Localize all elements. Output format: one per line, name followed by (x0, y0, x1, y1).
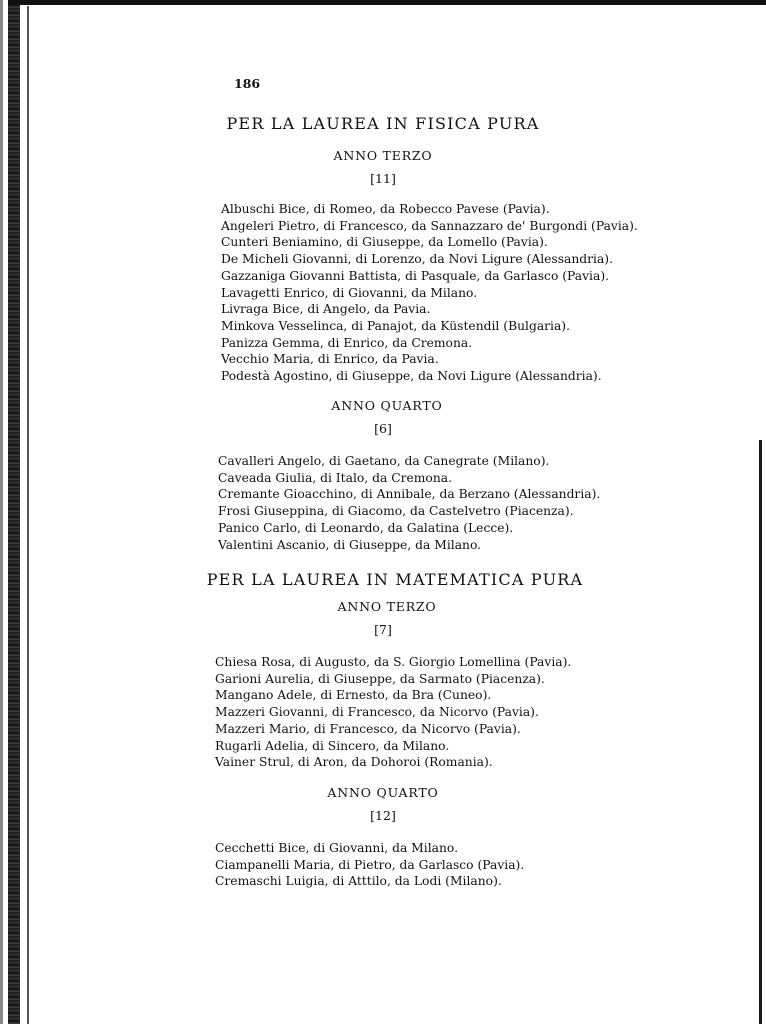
list-item: Vecchio Maria, di Enrico, da Pavia. (221, 351, 638, 368)
list-item: De Micheli Giovanni, di Lorenzo, da Novi… (221, 251, 638, 268)
year-title-matematica-terzo: ANNO TERZO (0, 599, 766, 614)
section-title-matematica: PER LA LAUREA IN MATEMATICA PURA (0, 570, 766, 589)
list-item: Caveada Giulia, di Italo, da Cremona. (218, 470, 600, 487)
count-fisica-quarto: [6] (0, 421, 766, 436)
list-item: Panico Carlo, di Leonardo, da Galatina (… (218, 520, 600, 537)
count-matematica-quarto: [12] (0, 808, 766, 823)
page-number: 186 (234, 76, 260, 91)
count-matematica-terzo: [7] (0, 622, 766, 637)
list-item: Angeleri Pietro, di Francesco, da Sannaz… (221, 218, 638, 235)
list-item: Cunteri Beniamino, di Giuseppe, da Lomel… (221, 234, 638, 251)
list-item: Ciampanelli Maria, di Pietro, da Garlasc… (215, 857, 524, 874)
count-fisica-terzo: [11] (0, 171, 766, 186)
list-item: Cecchetti Bice, di Giovanni, da Milano. (215, 840, 524, 857)
list-item: Cremante Gioacchino, di Annibale, da Ber… (218, 486, 600, 503)
list-item: Cremaschi Luigia, di Atttilo, da Lodi (M… (215, 873, 524, 890)
list-item: Mazzeri Mario, di Francesco, da Nicorvo … (215, 721, 571, 738)
list-item: Vainer Strul, di Aron, da Dohoroi (Roman… (215, 754, 571, 771)
list-item: Podestà Agostino, di Giuseppe, da Novi L… (221, 368, 638, 385)
section-title-fisica: PER LA LAUREA IN FISICA PURA (0, 114, 766, 133)
student-list-matematica-terzo: Chiesa Rosa, di Augusto, da S. Giorgio L… (215, 654, 571, 771)
scan-top-border (8, 0, 766, 5)
list-item: Mangano Adele, di Ernesto, da Bra (Cuneo… (215, 687, 571, 704)
list-item: Gazzaniga Giovanni Battista, di Pasquale… (221, 268, 638, 285)
list-item: Frosi Giuseppina, di Giacomo, da Castelv… (218, 503, 600, 520)
year-title-fisica-terzo: ANNO TERZO (0, 148, 766, 163)
year-title-fisica-quarto: ANNO QUARTO (0, 398, 766, 413)
list-item: Panizza Gemma, di Enrico, da Cremona. (221, 335, 638, 352)
list-item: Albuschi Bice, di Romeo, da Robecco Pave… (221, 201, 638, 218)
student-list-matematica-quarto: Cecchetti Bice, di Giovanni, da Milano. … (215, 840, 524, 890)
list-item: Mazzeri Giovanni, di Francesco, da Nicor… (215, 704, 571, 721)
list-item: Lavagetti Enrico, di Giovanni, da Milano… (221, 285, 638, 302)
list-item: Valentini Ascanio, di Giuseppe, da Milan… (218, 537, 600, 554)
student-list-fisica-quarto: Cavalleri Angelo, di Gaetano, da Canegra… (218, 453, 600, 553)
scan-right-edge (759, 440, 762, 1024)
list-item: Livraga Bice, di Angelo, da Pavia. (221, 301, 638, 318)
year-title-matematica-quarto: ANNO QUARTO (0, 785, 766, 800)
list-item: Chiesa Rosa, di Augusto, da S. Giorgio L… (215, 654, 571, 671)
list-item: Garioni Aurelia, di Giuseppe, da Sarmato… (215, 671, 571, 688)
student-list-fisica-terzo: Albuschi Bice, di Romeo, da Robecco Pave… (221, 201, 638, 385)
list-item: Cavalleri Angelo, di Gaetano, da Canegra… (218, 453, 600, 470)
list-item: Minkova Vesselinca, di Panajot, da Küste… (221, 318, 638, 335)
list-item: Rugarli Adelia, di Sincero, da Milano. (215, 738, 571, 755)
